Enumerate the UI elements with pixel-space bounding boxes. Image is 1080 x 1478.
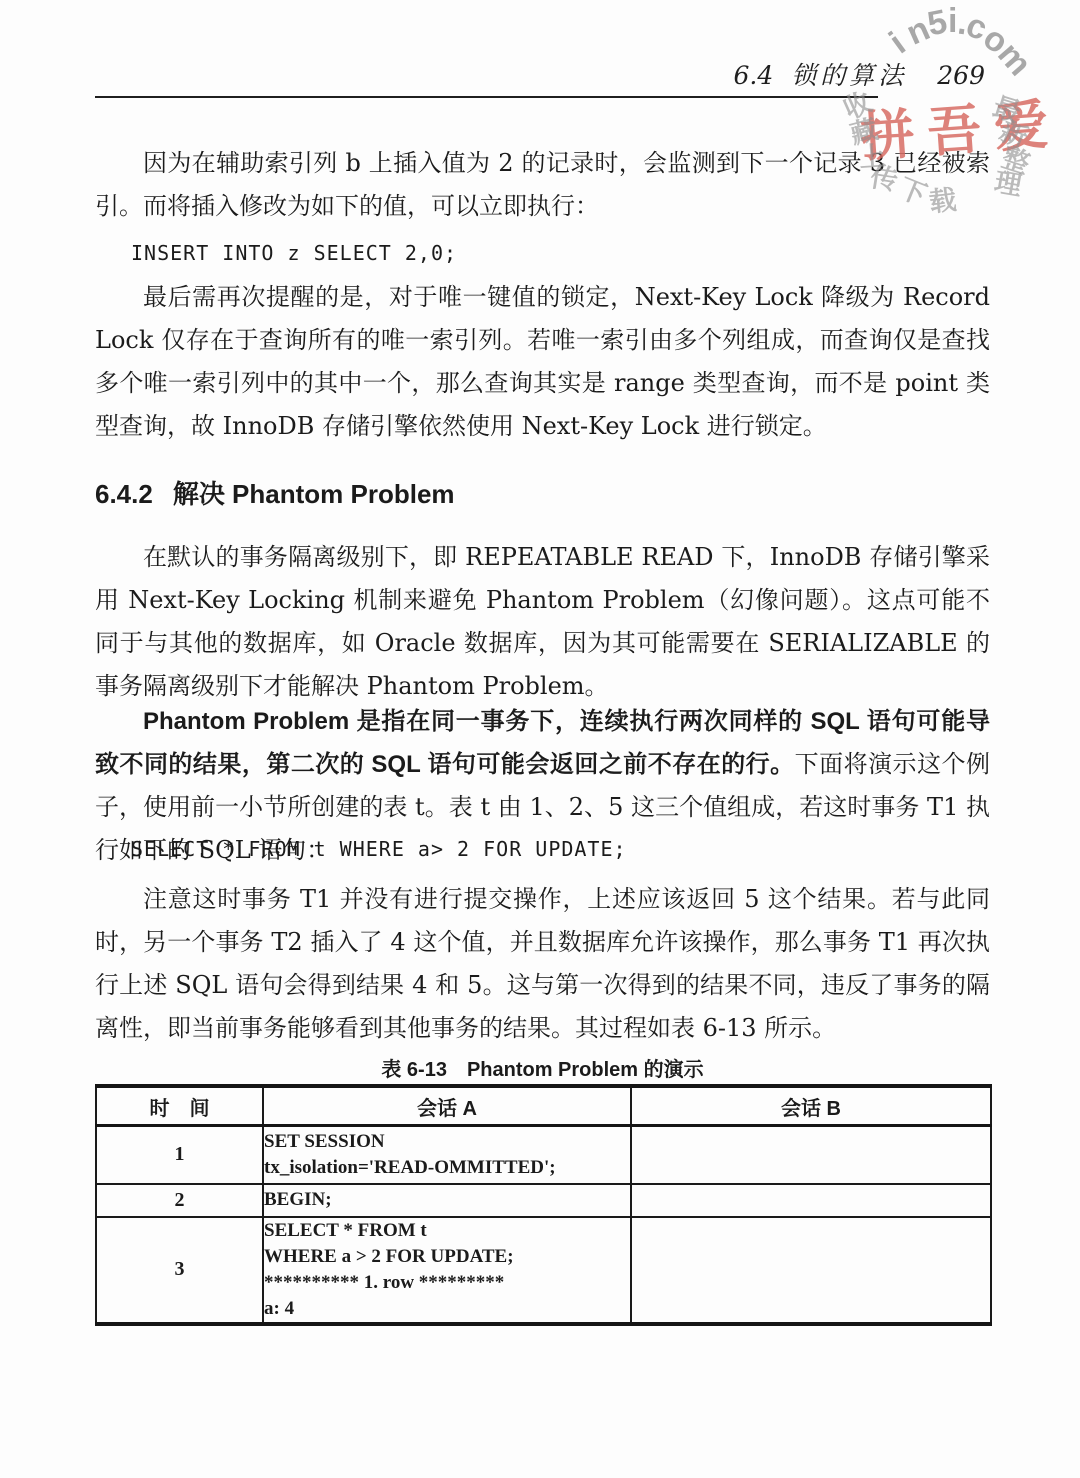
sql-line: SELECT * FROM t — [264, 1218, 630, 1244]
column-header-time: 时 间 — [96, 1086, 263, 1126]
table-header-row: 时 间 会话 A 会话 B — [96, 1086, 991, 1126]
watermark-arc-letter: 5 — [924, 3, 950, 45]
phantom-demo-table: 时 间 会话 A 会话 B 1 SET SESSION tx_isolation… — [95, 1084, 992, 1326]
sql-line: BEGIN; — [264, 1187, 630, 1213]
session-b-cell — [631, 1217, 991, 1324]
watermark-arc-letter: n — [901, 9, 936, 53]
table-row: 1 SET SESSION tx_isolation='READ-OMMITTE… — [96, 1126, 991, 1184]
paragraph-next-key-reminder: 最后需再次提醒的是，对于唯一键值的锁定，Next-Key Lock 降级为 Re… — [95, 276, 990, 448]
time-cell: 1 — [96, 1126, 263, 1184]
session-b-cell — [631, 1126, 991, 1184]
header-section-title: 锁的算法 — [791, 61, 907, 90]
paragraph-insert-fix: 因为在辅助索引列 b 上插入值为 2 的记录时，会监测到下一个记录 3 已经被索… — [95, 142, 990, 228]
section-heading-title: 解决 Phantom Problem — [173, 479, 455, 509]
sql-line: SET SESSION — [264, 1129, 630, 1155]
table-row: 3 SELECT * FROM t WHERE a > 2 FOR UPDATE… — [96, 1217, 991, 1324]
session-b-cell — [631, 1184, 991, 1217]
sql-line: WHERE a > 2 FOR UPDATE; — [264, 1244, 630, 1270]
watermark-arc-letter: m — [989, 35, 1038, 83]
sql-line: a: 4 — [264, 1296, 630, 1322]
section-heading-642: 6.4.2解决 Phantom Problem — [95, 474, 990, 511]
watermark-char: 整 — [998, 136, 1036, 181]
section-heading-number: 6.4.2 — [95, 479, 153, 509]
column-header-session-a: 会话 A — [263, 1086, 631, 1126]
header-section-number: 6.4 — [734, 61, 774, 90]
session-a-cell: SELECT * FROM t WHERE a > 2 FOR UPDATE; … — [263, 1217, 631, 1324]
sql-line: ********** 1. row ********* — [264, 1270, 630, 1296]
table-row: 2 BEGIN; — [96, 1184, 991, 1217]
watermark-arc-letter: i — [948, 2, 957, 41]
header-page-number: 269 — [937, 61, 985, 90]
sql-line: tx_isolation='READ-OMMITTED'; — [264, 1155, 630, 1181]
watermark-arc-letter: . — [955, 4, 970, 44]
code-insert-statement: INSERT INTO z SELECT 2,0; — [131, 240, 457, 266]
session-a-cell: BEGIN; — [263, 1184, 631, 1217]
paragraph-isolation-level: 在默认的事务隔离级别下，即 REPEATABLE READ 下，InnoDB 存… — [95, 536, 990, 708]
time-cell: 3 — [96, 1217, 263, 1324]
column-header-session-b: 会话 B — [631, 1086, 991, 1126]
watermark-arc-letter: c — [961, 6, 992, 49]
table-caption: 表 6-13 Phantom Problem 的演示 — [95, 1053, 990, 1082]
watermark-char: 新 — [995, 109, 1035, 155]
session-a-cell: SET SESSION tx_isolation='READ-OMMITTED'… — [263, 1126, 631, 1184]
watermark-char: 最 — [989, 85, 1026, 130]
running-header: 6.4锁的算法269 — [95, 56, 985, 92]
time-cell: 2 — [96, 1184, 263, 1217]
header-rule — [95, 96, 878, 98]
code-select-statement: SELECT * FROM t WHERE a> 2 FOR UPDATE; — [131, 836, 627, 862]
watermark-char: 理 — [992, 160, 1025, 203]
paragraph-t1-t2-example: 注意这时事务 T1 并没有进行提交操作，上述应该返回 5 这个结果。若与此同时，… — [95, 878, 990, 1050]
